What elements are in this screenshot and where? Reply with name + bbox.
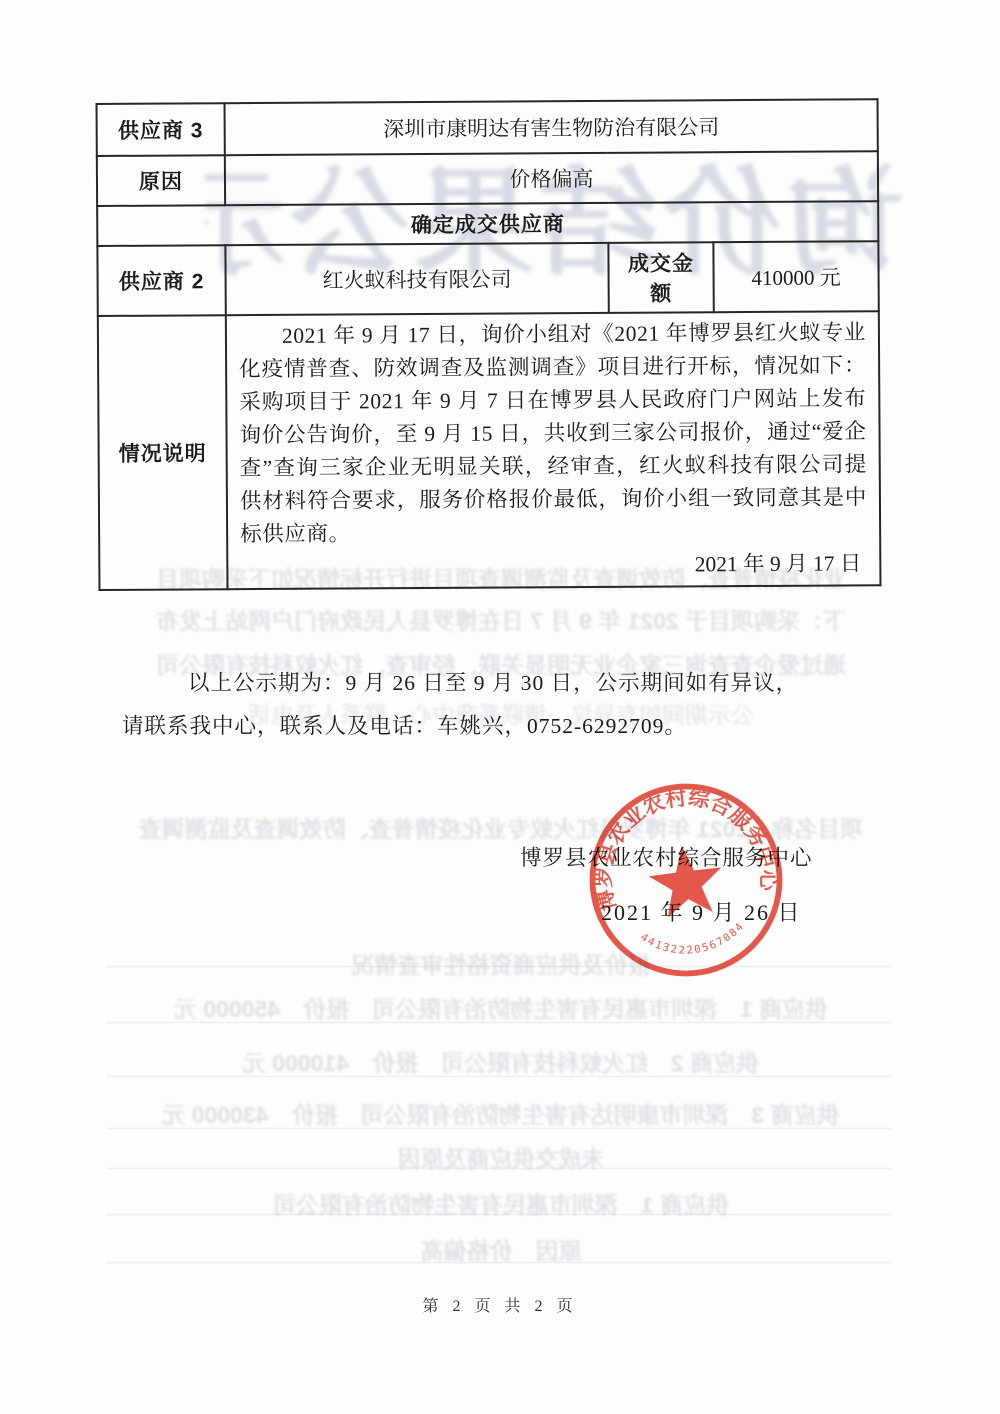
amount-value: 410000 元 [713, 241, 878, 312]
bleedthrough-line: 供应商 2 红火蚁科技有限公司 报价 410000 元 [112, 1046, 890, 1080]
signature-date: 2021 年 9 月 26 日 [601, 896, 802, 927]
stamp-circle [582, 776, 790, 984]
bleedthrough-line: 报价及供应商资格性审查情况 [112, 948, 890, 982]
bleedthrough-line: 供应商 3 深圳市康明达有害生物防治有限公司 报价 430000 元 [112, 1098, 890, 1132]
notice-line-2: 请联系我中心，联系人及电话：车姚兴，0752-6292709。 [122, 705, 852, 748]
bleedthrough-rule [106, 1076, 892, 1077]
bleedthrough-line: 原因 价格偏高 [112, 1234, 890, 1268]
public-notice: 以上公示期为：9 月 26 日至 9 月 30 日，公示期间如有异议， 请联系我… [122, 662, 852, 748]
situation-text: 2021 年 9 月 17 日，询价小组对《2021 年博罗县红火蚁专业化疫情普… [239, 316, 867, 551]
reason-value: 价格偏高 [225, 151, 878, 205]
situation-date: 2021 年 9 月 17 日 [240, 547, 867, 584]
supplier2-label: 供应商 2 [97, 245, 225, 316]
table-row-supplier2: 供应商 2 红火蚁科技有限公司 成交金额 410000 元 [97, 241, 878, 316]
page-number: 第 2 页 共 2 页 [0, 1293, 1000, 1316]
document-page: 询价结果公示 业化疫情普查、防效调查及监测调查项目进行开标情况如下采购项目 下：… [0, 0, 1000, 1414]
bleedthrough-rule [106, 1214, 892, 1215]
official-stamp: 博罗县农业农村综合服务中心 44132220567084 [568, 762, 804, 998]
table-row-reason: 原因 价格偏高 [97, 151, 878, 206]
bleedthrough-rule [106, 1022, 892, 1023]
bleedthrough-line: 下：采购项目于 2021 年 9 月 7 日在博罗县人民政府门户网站上发布 [112, 604, 890, 638]
signature-org: 博罗县农业农村综合服务中心 [520, 841, 813, 872]
bleedthrough-line: 未成交供应商及原因 [112, 1142, 890, 1176]
table-row-supplier3: 供应商 3 深圳市康明达有害生物防治有限公司 [97, 99, 878, 156]
bleedthrough-rule [106, 1262, 892, 1263]
situation-label: 情况说明 [98, 315, 228, 590]
amount-label: 成交金额 [608, 242, 713, 313]
notice-line-1: 以上公示期为：9 月 26 日至 9 月 30 日，公示期间如有异议， [122, 662, 852, 705]
confirm-header: 确定成交供应商 [97, 201, 878, 246]
supplier2-value: 红火蚁科技有限公司 [225, 243, 608, 315]
bleedthrough-line: 供应商 1 深圳市惠民有害生物防治有限公司 [112, 1188, 890, 1222]
supplier3-label: 供应商 3 [97, 103, 225, 156]
table-row-confirm-header: 确定成交供应商 [97, 201, 878, 246]
result-table: 供应商 3 深圳市康明达有害生物防治有限公司 原因 价格偏高 确定成交供应商 供… [96, 98, 882, 591]
situation-cell: 2021 年 9 月 17 日，询价小组对《2021 年博罗县红火蚁专业化疫情普… [226, 311, 881, 589]
bleedthrough-rule [106, 1128, 892, 1129]
reason-label: 原因 [97, 155, 225, 206]
bleedthrough-rule [106, 1168, 892, 1169]
bleedthrough-line: 供应商 1 深圳市惠民有害生物防治有限公司 报价 450000 元 [112, 992, 890, 1026]
bleedthrough-rule [106, 966, 892, 967]
table-row-situation: 情况说明 2021 年 9 月 17 日，询价小组对《2021 年博罗县红火蚁专… [98, 311, 881, 590]
supplier3-value: 深圳市康明达有害生物防治有限公司 [225, 99, 878, 155]
